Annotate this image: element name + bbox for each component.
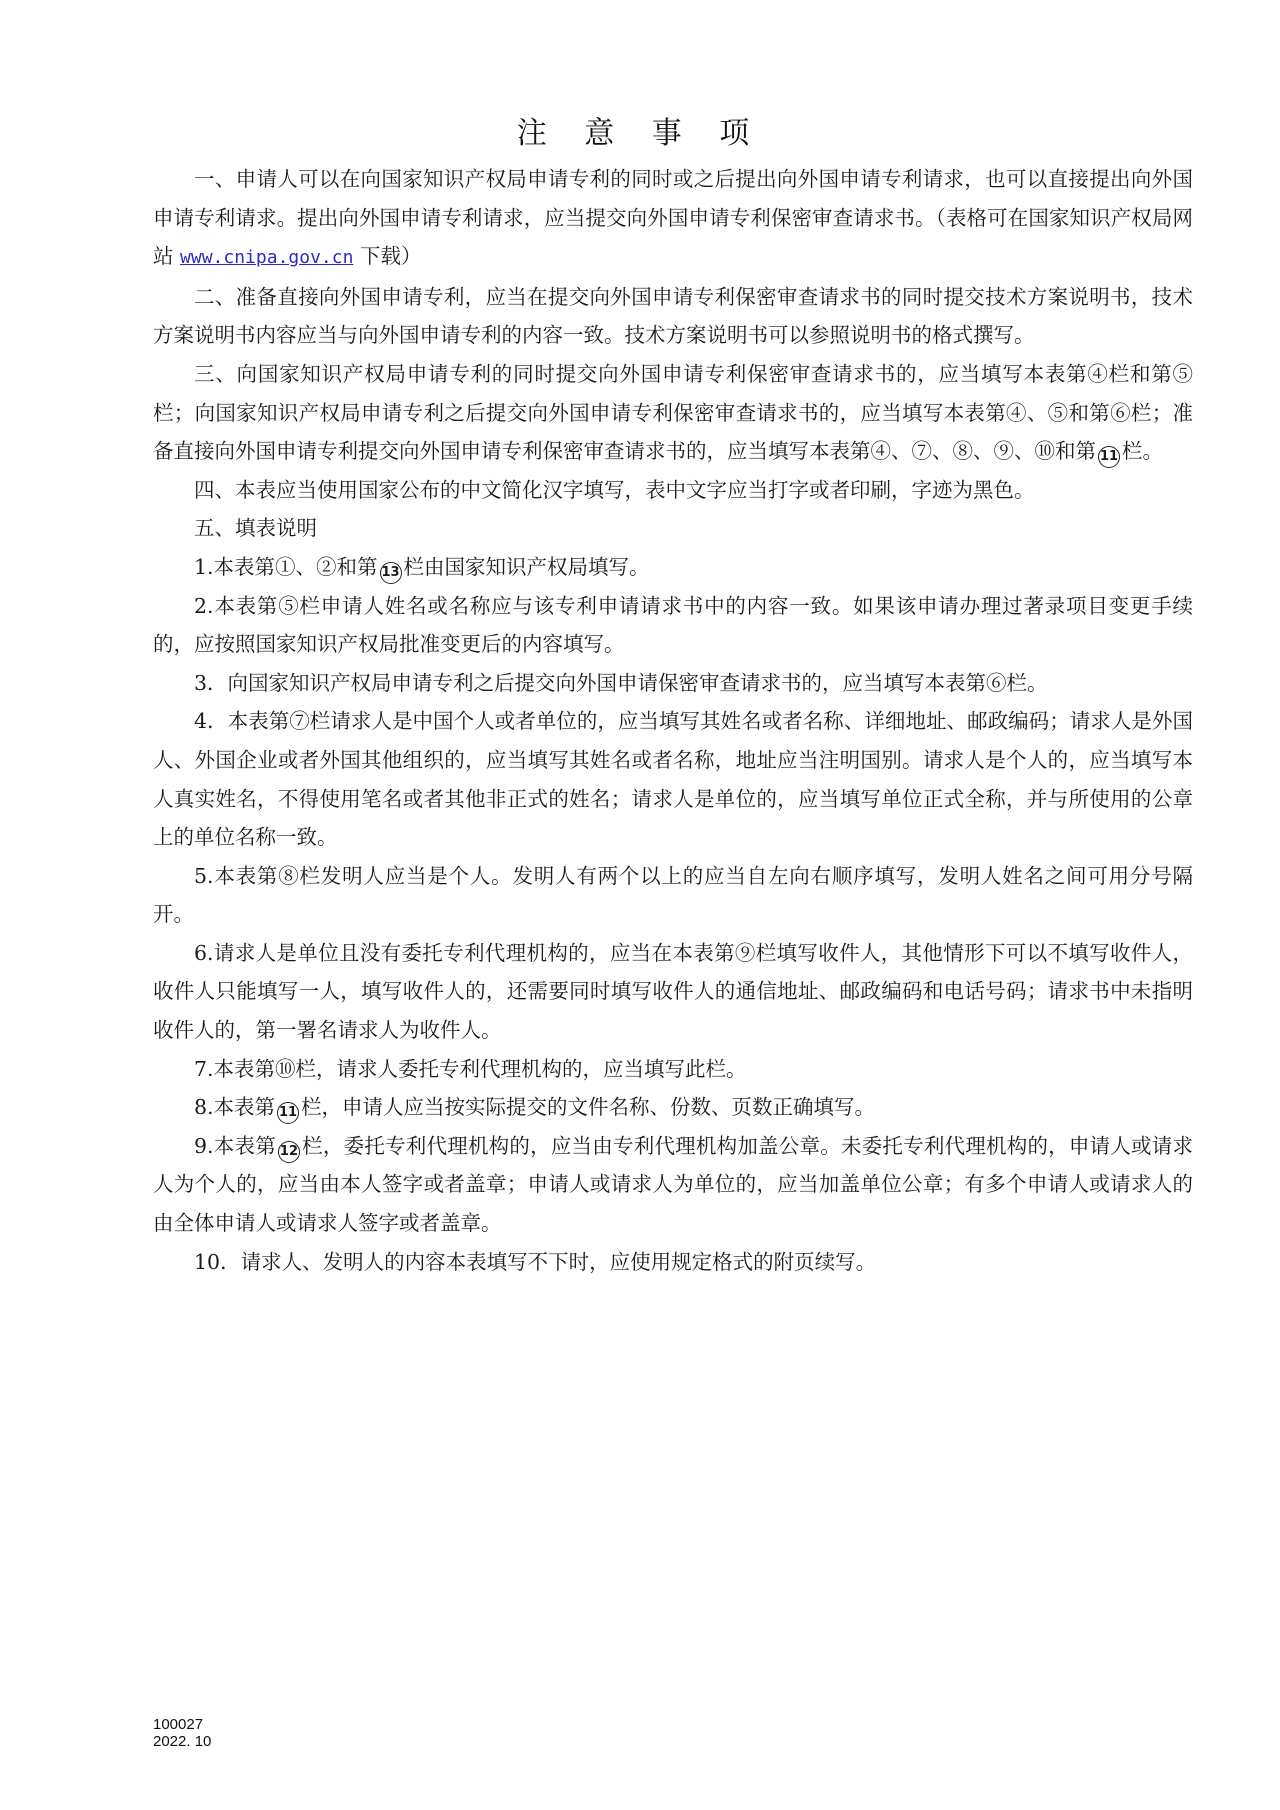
paragraph-p5-6: 6.请求人是单位且没有委托专利代理机构的，应当在本表第⑨栏填写收件人，其他情形下…	[153, 934, 1193, 1050]
paragraph-p5: 五、填表说明	[153, 509, 1193, 548]
paragraph-text: 8.本表第	[194, 1095, 275, 1119]
paragraph-text: 9.本表第	[194, 1134, 276, 1158]
paragraph-text: 二、准备直接向外国申请专利，应当在提交向外国申请专利保密审查请求书的同时提交技术…	[153, 285, 1193, 348]
paragraph-p5-10: 10．请求人、发明人的内容本表填写不下时，应使用规定格式的附页续写。	[153, 1243, 1193, 1282]
paragraph-p5-4: 4．本表第⑦栏请求人是中国个人或者单位的，应当填写其姓名或者名称、详细地址、邮政…	[153, 702, 1193, 856]
paragraph-text: 10．请求人、发明人的内容本表填写不下时，应使用规定格式的附页续写。	[194, 1250, 876, 1274]
paragraph-text: 四、本表应当使用国家公布的中文简化汉字填写，表中文字应当打字或者印刷，字迹为黑色…	[194, 478, 1035, 502]
paragraph-p5-5: 5.本表第⑧栏发明人应当是个人。发明人有两个以上的应当自左向右顺序填写，发明人姓…	[153, 857, 1193, 934]
page-title: 注 意 事 项	[0, 108, 1280, 152]
version-date: 2022. 10	[153, 1733, 211, 1750]
paragraph-p5-1: 1.本表第①、②和第13栏由国家知识产权局填写。	[153, 548, 1193, 587]
paragraph-p1: 一、申请人可以在向国家知识产权局申请专利的同时或之后提出向外国申请专利请求，也可…	[153, 160, 1193, 278]
paragraph-p5-2: 2.本表第⑤栏申请人姓名或名称应与该专利申请请求书中的内容一致。如果该申请办理过…	[153, 587, 1193, 664]
document-page: 注 意 事 项 一、申请人可以在向国家知识产权局申请专利的同时或之后提出向外国申…	[0, 0, 1280, 1810]
paragraph-text: 4．本表第⑦栏请求人是中国个人或者单位的，应当填写其姓名或者名称、详细地址、邮政…	[153, 709, 1193, 849]
circled-number-13: 13	[380, 562, 402, 584]
paragraph-text: 1.本表第①、②和第	[194, 555, 378, 579]
paragraph-p2: 二、准备直接向外国申请专利，应当在提交向外国申请专利保密审查请求书的同时提交技术…	[153, 278, 1193, 355]
circled-number-11: 11	[1098, 446, 1120, 468]
paragraph-text: 2.本表第⑤栏申请人姓名或名称应与该专利申请请求书中的内容一致。如果该申请办理过…	[153, 594, 1193, 657]
paragraph-text: 五、填表说明	[194, 516, 317, 540]
paragraph-text: 3．向国家知识产权局申请专利之后提交向外国申请保密审查请求书的，应当填写本表第⑥…	[194, 671, 1048, 695]
paragraph-text: 6.请求人是单位且没有委托专利代理机构的，应当在本表第⑨栏填写收件人，其他情形下…	[153, 941, 1193, 1042]
paragraph-text: 7.本表第⑩栏，请求人委托专利代理机构的，应当填写此栏。	[194, 1057, 747, 1081]
paragraph-p4: 四、本表应当使用国家公布的中文简化汉字填写，表中文字应当打字或者印刷，字迹为黑色…	[153, 471, 1193, 510]
paragraph-text: 5.本表第⑧栏发明人应当是个人。发明人有两个以上的应当自左向右顺序填写，发明人姓…	[153, 864, 1193, 927]
website-link[interactable]: www.cnipa.gov.cn	[180, 247, 353, 268]
notes-body: 一、申请人可以在向国家知识产权局申请专利的同时或之后提出向外国申请专利请求，也可…	[153, 160, 1193, 1281]
paragraph-p5-8: 8.本表第11栏，申请人应当按实际提交的文件名称、份数、页数正确填写。	[153, 1088, 1193, 1127]
paragraph-text: 下载）	[353, 244, 421, 268]
paragraph-text: 栏，申请人应当按实际提交的文件名称、份数、页数正确填写。	[301, 1095, 875, 1119]
paragraph-text: 栏，委托专利代理机构的，应当由专利代理机构加盖公章。未委托专利代理机构的，申请人…	[153, 1134, 1193, 1235]
paragraph-p5-7: 7.本表第⑩栏，请求人委托专利代理机构的，应当填写此栏。	[153, 1050, 1193, 1089]
paragraph-text: 三、向国家知识产权局申请专利的同时提交向外国申请专利保密审查请求书的，应当填写本…	[153, 362, 1193, 463]
circled-number-11: 11	[277, 1102, 299, 1124]
paragraph-text: 栏由国家知识产权局填写。	[404, 555, 650, 579]
paragraph-p3: 三、向国家知识产权局申请专利的同时提交向外国申请专利保密审查请求书的，应当填写本…	[153, 355, 1193, 471]
footer: 100027 2022. 10	[153, 1716, 211, 1750]
circled-number-12: 12	[278, 1141, 300, 1163]
paragraph-p5-9: 9.本表第12栏，委托专利代理机构的，应当由专利代理机构加盖公章。未委托专利代理…	[153, 1127, 1193, 1243]
paragraph-p5-3: 3．向国家知识产权局申请专利之后提交向外国申请保密审查请求书的，应当填写本表第⑥…	[153, 664, 1193, 703]
paragraph-text: 栏。	[1122, 439, 1163, 463]
form-code: 100027	[153, 1716, 211, 1733]
